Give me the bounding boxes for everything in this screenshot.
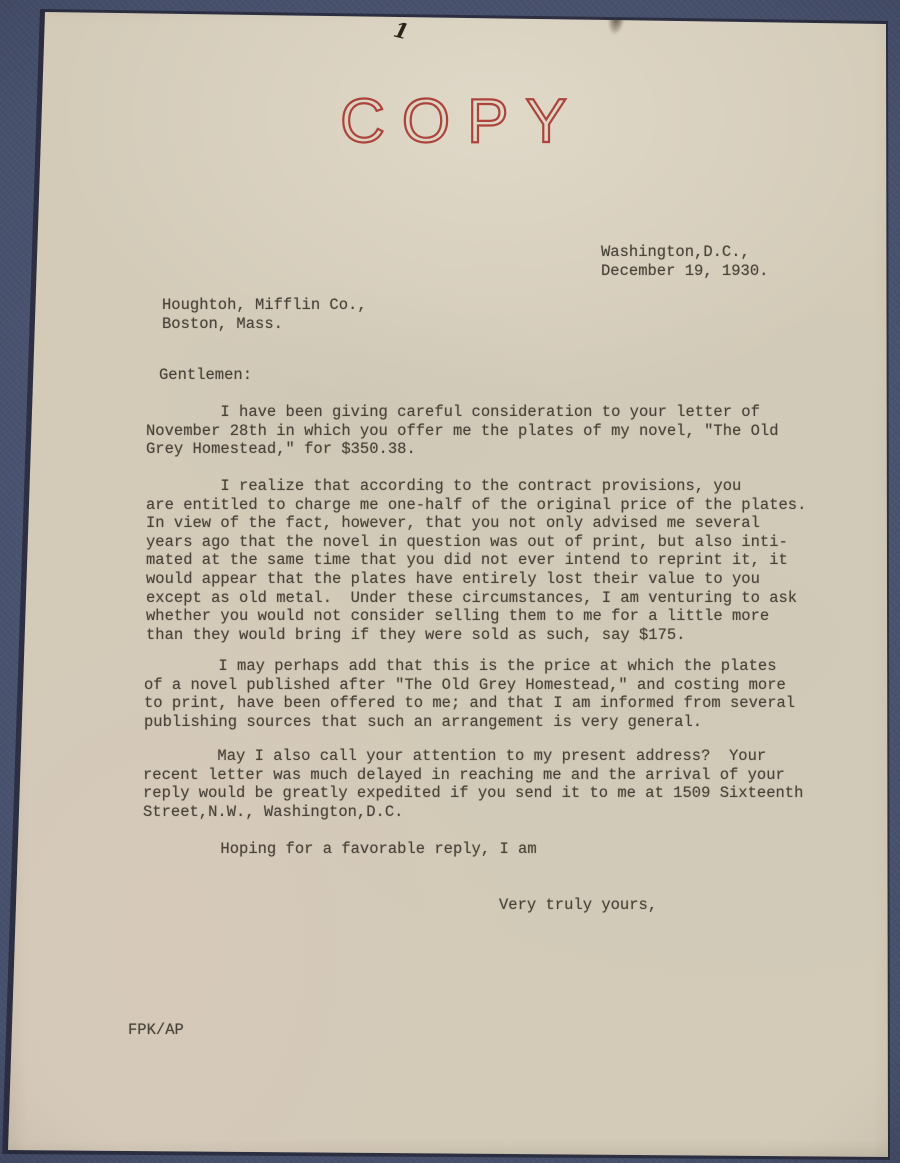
reference-initials: FPK/AP xyxy=(128,1021,184,1040)
ink-smudge xyxy=(606,7,625,35)
copy-stamp: COPY xyxy=(322,85,602,157)
signoff: Very truly yours, xyxy=(499,896,657,915)
closing-line: Hoping for a favorable reply, I am xyxy=(146,840,537,859)
copy-stamp-text: COPY xyxy=(340,87,584,156)
salutation: Gentlemen: xyxy=(159,366,252,385)
body-paragraph-3: I may perhaps add that this is the price… xyxy=(144,657,795,731)
body-paragraph-4: May I also call your attention to my pre… xyxy=(143,747,803,821)
desk-background: 1 COPY Washington,D.C., December 19, 193… xyxy=(0,0,900,1163)
recipient-address: Houghtoh, Mifflin Co., Boston, Mass. xyxy=(162,296,367,333)
handwritten-page-number: 1 xyxy=(391,17,411,45)
body-paragraph-2: I realize that according to the contract… xyxy=(146,477,806,644)
dateline: Washington,D.C., December 19, 1930. xyxy=(601,243,768,280)
letter-paper: 1 COPY Washington,D.C., December 19, 193… xyxy=(0,0,900,1163)
body-paragraph-1: I have been giving careful consideration… xyxy=(146,403,779,459)
